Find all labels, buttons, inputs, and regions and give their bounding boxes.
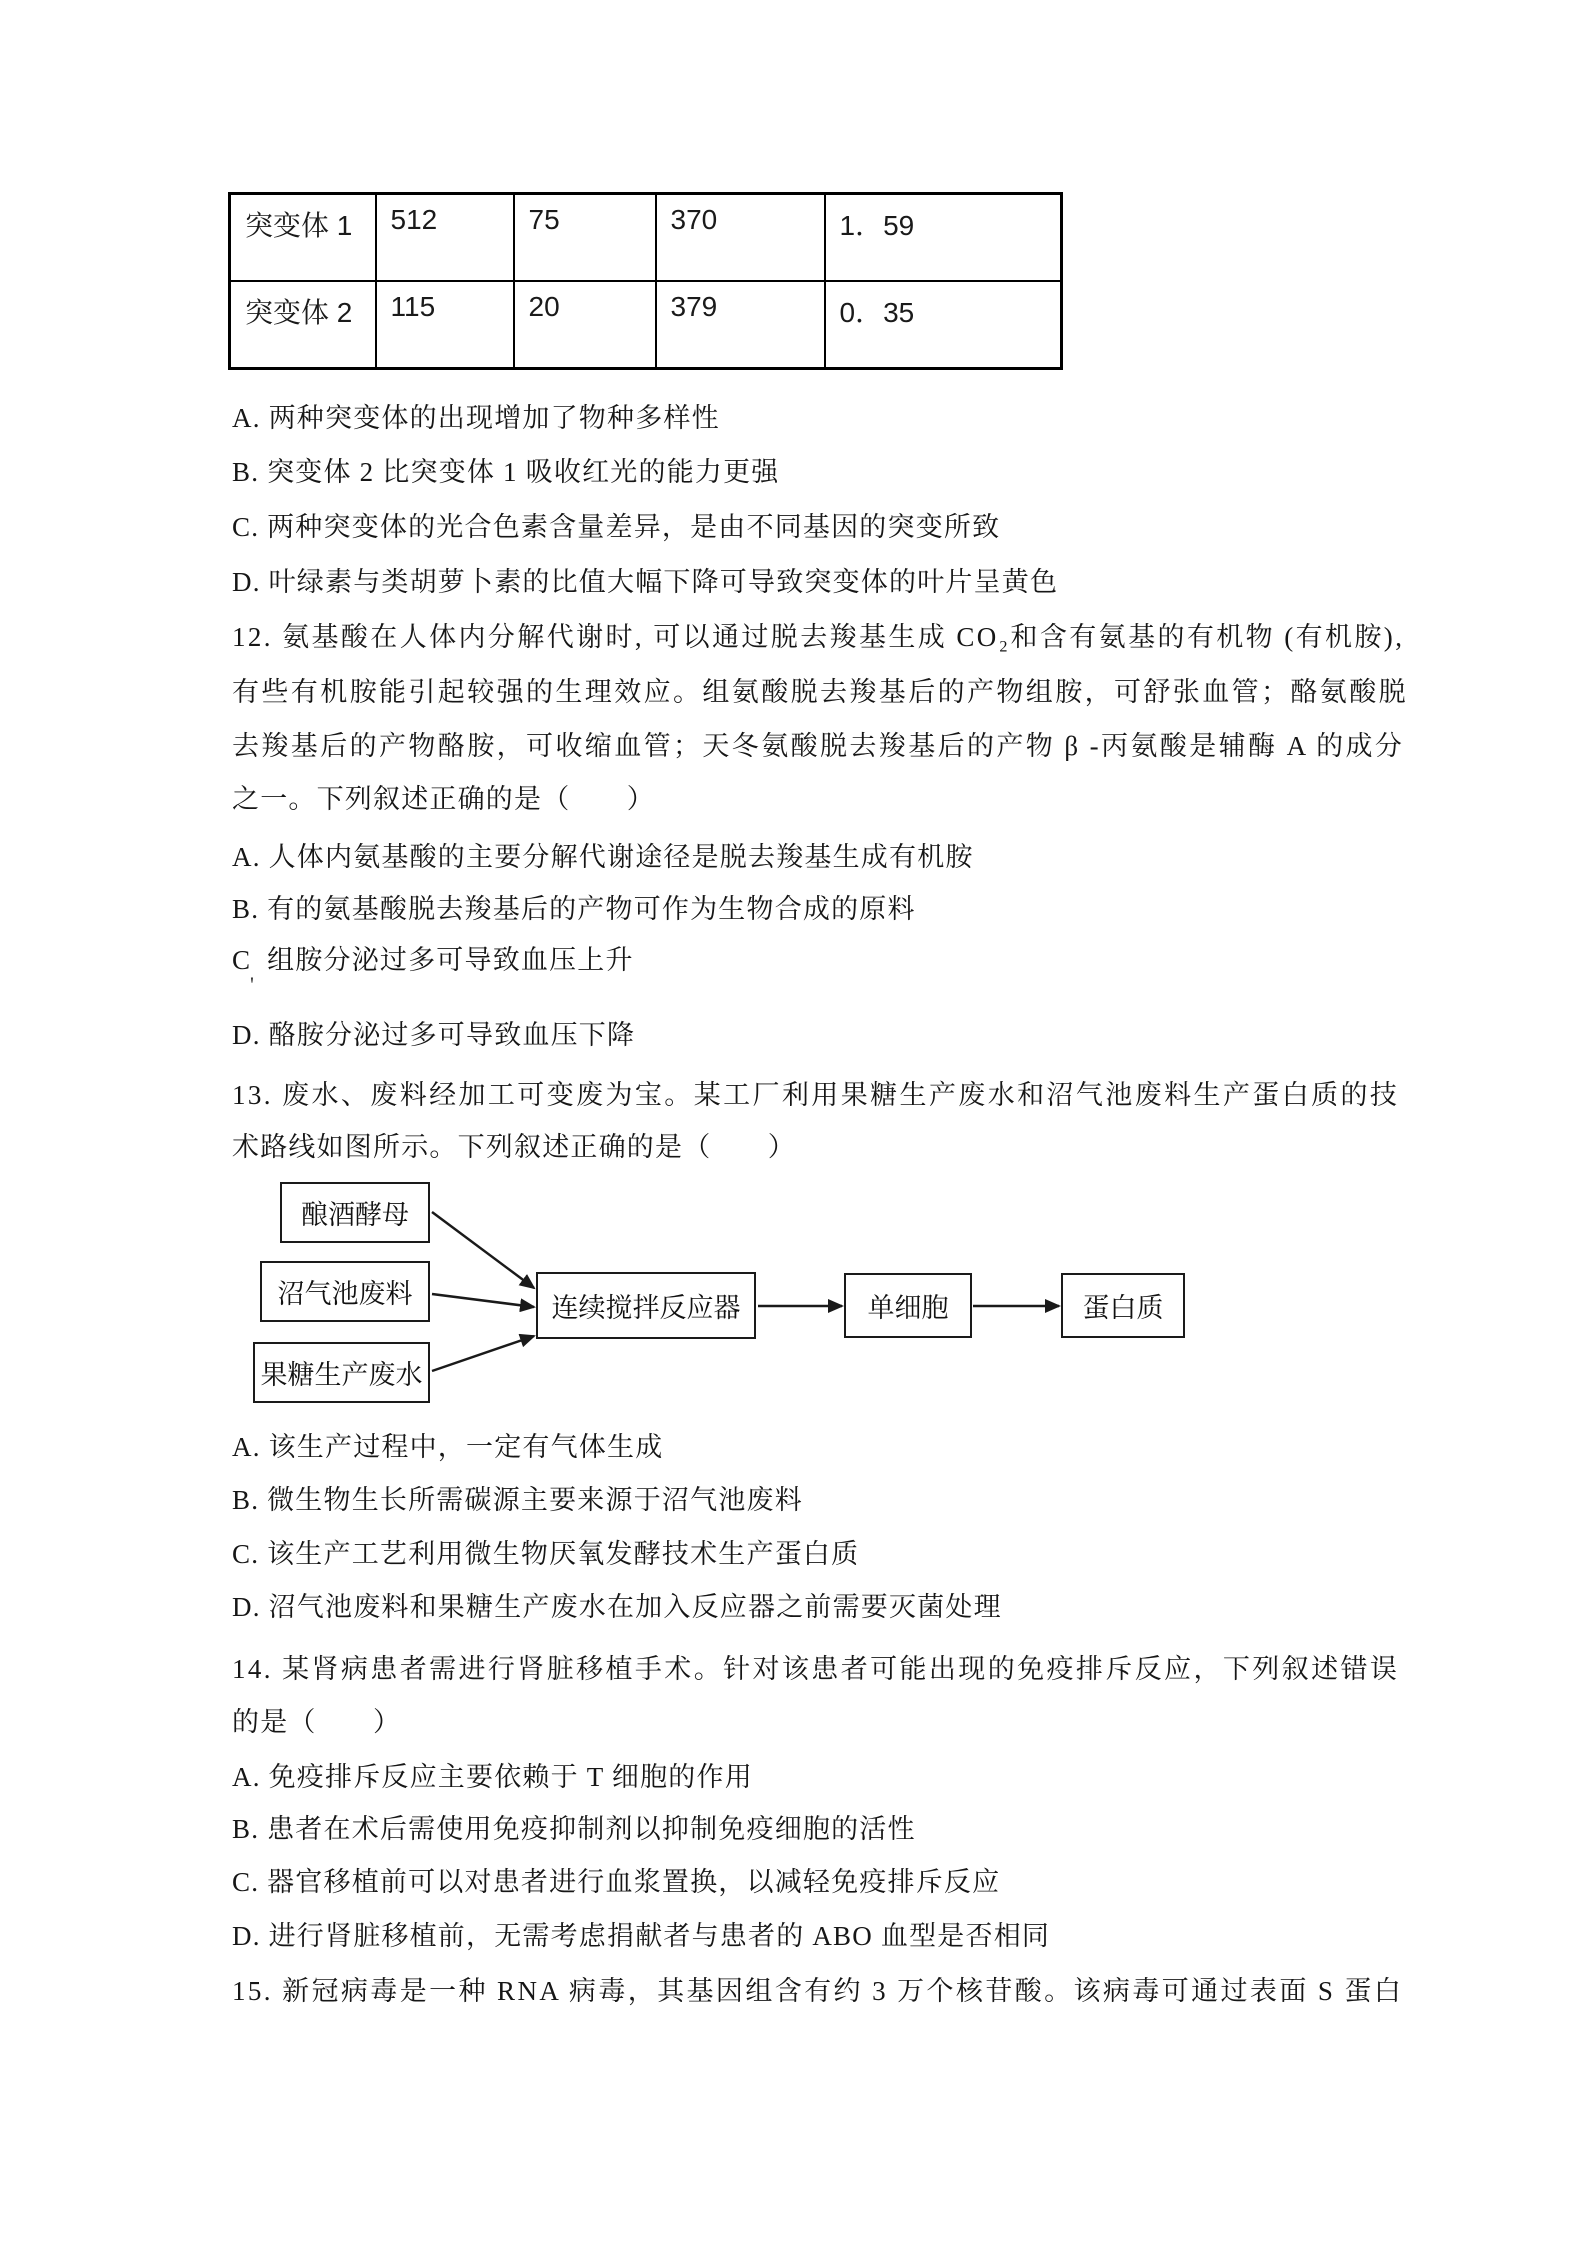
q14-text-line-2: 的是（ ） — [232, 1700, 401, 1739]
q12-option-b: B. 有的氨基酸脱去羧基后的产物可作为生物合成的原料 — [232, 887, 916, 926]
q14-option-b: B. 患者在术后需使用免疫抑制剂以抑制免疫细胞的活性 — [232, 1807, 916, 1846]
q11-option-d: D. 叶绿素与类胡萝卜素的比值大幅下降可导致突变体的叶片呈黄色 — [232, 560, 1058, 599]
diagram-box-yeast: 酿酒酵母 — [280, 1182, 430, 1243]
q12-text-line-1: 12. 氨基酸在人体内分解代谢时, 可以通过脱去羧基生成 CO₂和含有氨基的有机… — [232, 615, 1404, 654]
table-cell-value: 20 — [514, 281, 656, 369]
q11-option-c: C. 两种突变体的光合色素含量差异，是由不同基因的突变所致 — [232, 505, 1000, 544]
arrow-wastewater-to-reactor — [432, 1336, 534, 1371]
table-cell-value: 115 — [376, 281, 514, 369]
q13-option-a: A. 该生产过程中，一定有气体生成 — [232, 1425, 663, 1464]
q12-text-line-3: 去羧基后的产物酪胺，可收缩血管；天冬氨酸脱去羧基后的产物 β -丙氨酸是辅酶 A… — [232, 724, 1404, 763]
q13-option-b: B. 微生物生长所需碳源主要来源于沼气池废料 — [232, 1478, 803, 1517]
table-cell-label: 突变体 2 — [230, 281, 376, 369]
exam-page: 突变体 1 512 75 370 1．59 突变体 2 115 20 379 0… — [0, 0, 1586, 2244]
table-cell-value: 1．59 — [825, 194, 1062, 282]
table-cell-value: 512 — [376, 194, 514, 282]
stray-tick-mark: ' — [250, 972, 254, 998]
q12-text-line-4: 之一。下列叙述正确的是（ ） — [232, 777, 655, 816]
q14-text-line-1: 14. 某肾病患者需进行肾脏移植手术。针对该患者可能出现的免疫排斥反应，下列叙述… — [232, 1647, 1399, 1686]
table-cell-value: 379 — [656, 281, 825, 369]
table-cell-value: 0．35 — [825, 281, 1062, 369]
table-cell-value: 75 — [514, 194, 656, 282]
q12-option-a: A. 人体内氨基酸的主要分解代谢途径是脱去羧基生成有机胺 — [232, 835, 974, 874]
diagram-box-stirred-reactor: 连续搅拌反应器 — [536, 1272, 756, 1339]
diagram-box-fructose-wastewater: 果糖生产废水 — [253, 1342, 430, 1403]
q11-option-b: B. 突变体 2 比突变体 1 吸收红光的能力更强 — [232, 450, 780, 489]
q13-text-line-1: 13. 废水、废料经加工可变废为宝。某工厂利用果糖生产废水和沼气池废料生产蛋白质… — [232, 1073, 1399, 1112]
mutant-data-table: 突变体 1 512 75 370 1．59 突变体 2 115 20 379 0… — [228, 192, 1063, 370]
q14-option-a: A. 免疫排斥反应主要依赖于 T 细胞的作用 — [232, 1755, 753, 1794]
q15-text-line-1: 15. 新冠病毒是一种 RNA 病毒，其基因组含有约 3 万个核苷酸。该病毒可通… — [232, 1969, 1403, 2008]
q11-option-a: A. 两种突变体的出现增加了物种多样性 — [232, 396, 720, 435]
arrow-yeast-to-reactor — [432, 1212, 534, 1288]
table-cell-value: 370 — [656, 194, 825, 282]
arrow-biogas-to-reactor — [432, 1294, 534, 1307]
diagram-box-single-cell: 单细胞 — [844, 1273, 972, 1338]
table-row-mutant-2: 突变体 2 115 20 379 0．35 — [230, 281, 1062, 369]
q14-option-d: D. 进行肾脏移植前，无需考虑捐献者与患者的 ABO 血型是否相同 — [232, 1914, 1050, 1953]
q12-option-c: C 组胺分泌过多可导致血压上升 — [232, 938, 634, 977]
q14-option-c: C. 器官移植前可以对患者进行血浆置换，以减轻免疫排斥反应 — [232, 1860, 1000, 1899]
q13-option-d: D. 沼气池废料和果糖生产废水在加入反应器之前需要灭菌处理 — [232, 1585, 1002, 1624]
table-cell-label: 突变体 1 — [230, 194, 376, 282]
diagram-box-biogas-waste: 沼气池废料 — [260, 1261, 430, 1322]
q12-option-d: D. 酪胺分泌过多可导致血压下降 — [232, 1013, 635, 1052]
q13-text-line-2: 术路线如图所示。下列叙述正确的是（ ） — [232, 1125, 796, 1164]
diagram-box-protein: 蛋白质 — [1061, 1273, 1185, 1338]
table-row-mutant-1: 突变体 1 512 75 370 1．59 — [230, 194, 1062, 282]
q13-option-c: C. 该生产工艺利用微生物厌氧发酵技术生产蛋白质 — [232, 1532, 859, 1571]
q12-text-line-2: 有些有机胺能引起较强的生理效应。组氨酸脱去羧基后的产物组胺，可舒张血管；酪氨酸脱 — [232, 670, 1408, 709]
